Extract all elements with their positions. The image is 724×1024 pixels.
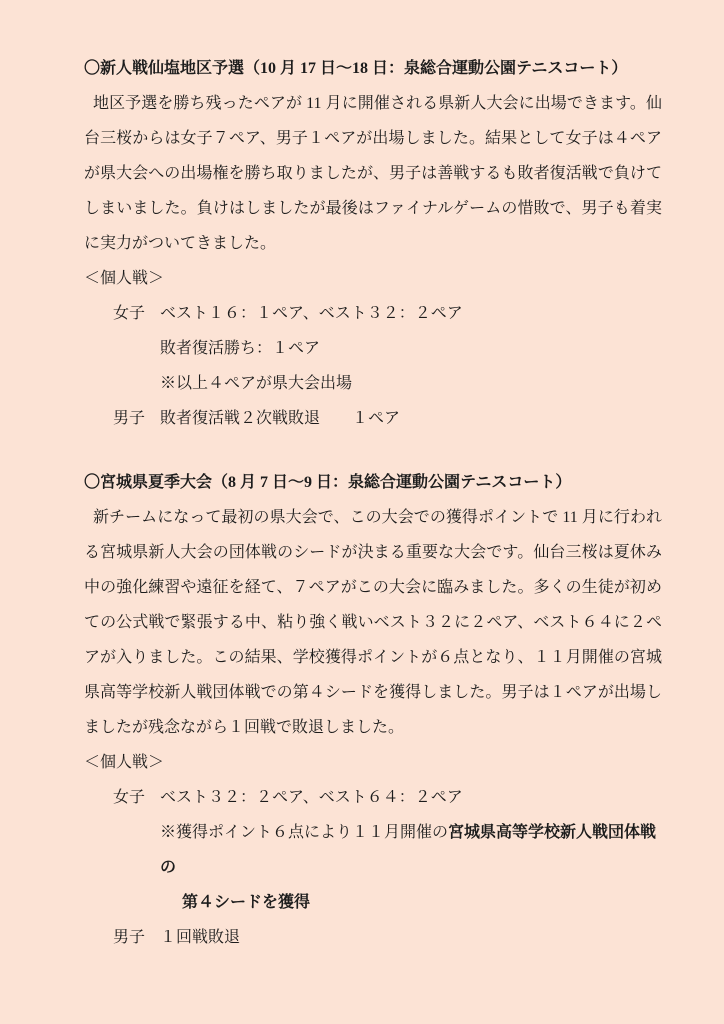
section-shinjinsen-senen-chiku-yosen: 〇新人戦仙塩地区予選（10 月 17 日～18 日：泉総合運動公園テニスコート）… [84,51,662,436]
result-row: 女子 ベスト１６：１ペア、ベスト３２：２ペア [84,296,662,331]
result-row: 男子 １回戦敗退 [84,920,662,955]
result-text: ベスト１６：１ペア、ベスト３２：２ペア [160,296,463,331]
result-label: 男子 [113,401,160,436]
result-label [113,815,160,885]
result-label: 女子 [113,780,160,815]
result-text: ベスト３２：２ペア、ベスト６４：２ペア [160,780,463,815]
result-text: １回戦敗退 [160,920,240,955]
result-text: 敗者復活戦２次戦敗退 １ペア [160,401,400,436]
result-row: ※獲得ポイント６点により１１月開催の宮城県高等学校新人戦団体戦の [84,815,662,885]
section-paragraph: 新チームになって最初の県大会で、この大会での獲得ポイントで 11 月に行われる宮… [84,500,662,745]
individual-match-subheading: ＜個人戦＞ [84,745,662,780]
result-text: ※獲得ポイント６点により１１月開催の宮城県高等学校新人戦団体戦の [160,815,662,885]
result-row: 女子 ベスト３２：２ペア、ベスト６４：２ペア [84,780,662,815]
section-heading: 〇新人戦仙塩地区予選（10 月 17 日～18 日：泉総合運動公園テニスコート） [84,51,662,86]
result-label [113,331,160,366]
result-label [113,366,160,401]
result-label: 女子 [113,296,160,331]
document-page: 〇新人戦仙塩地区予選（10 月 17 日～18 日：泉総合運動公園テニスコート）… [0,0,724,1024]
result-text-bold: 第４シードを獲得 [160,885,310,920]
section-miyagi-kaki-taikai: 〇宮城県夏季大会（8 月 7 日～9 日：泉総合運動公園テニスコート） 新チーム… [84,465,662,955]
section-heading: 〇宮城県夏季大会（8 月 7 日～9 日：泉総合運動公園テニスコート） [84,465,662,500]
result-row: 男子 敗者復活戦２次戦敗退 １ペア [84,401,662,436]
result-text-regular: ※獲得ポイント６点により１１月開催の [160,824,448,841]
individual-match-subheading: ＜個人戦＞ [84,261,662,296]
section-paragraph: 地区予選を勝ち残ったペアが 11 月に開催される県新人大会に出場できます。仙台三… [84,86,662,261]
result-row: 第４シードを獲得 [84,885,662,920]
result-text: 敗者復活勝ち：１ペア [160,331,320,366]
result-row: 敗者復活勝ち：１ペア [84,331,662,366]
result-text: ※以上４ペアが県大会出場 [160,366,352,401]
result-row: ※以上４ペアが県大会出場 [84,366,662,401]
result-label: 男子 [113,920,160,955]
result-label [113,885,160,920]
